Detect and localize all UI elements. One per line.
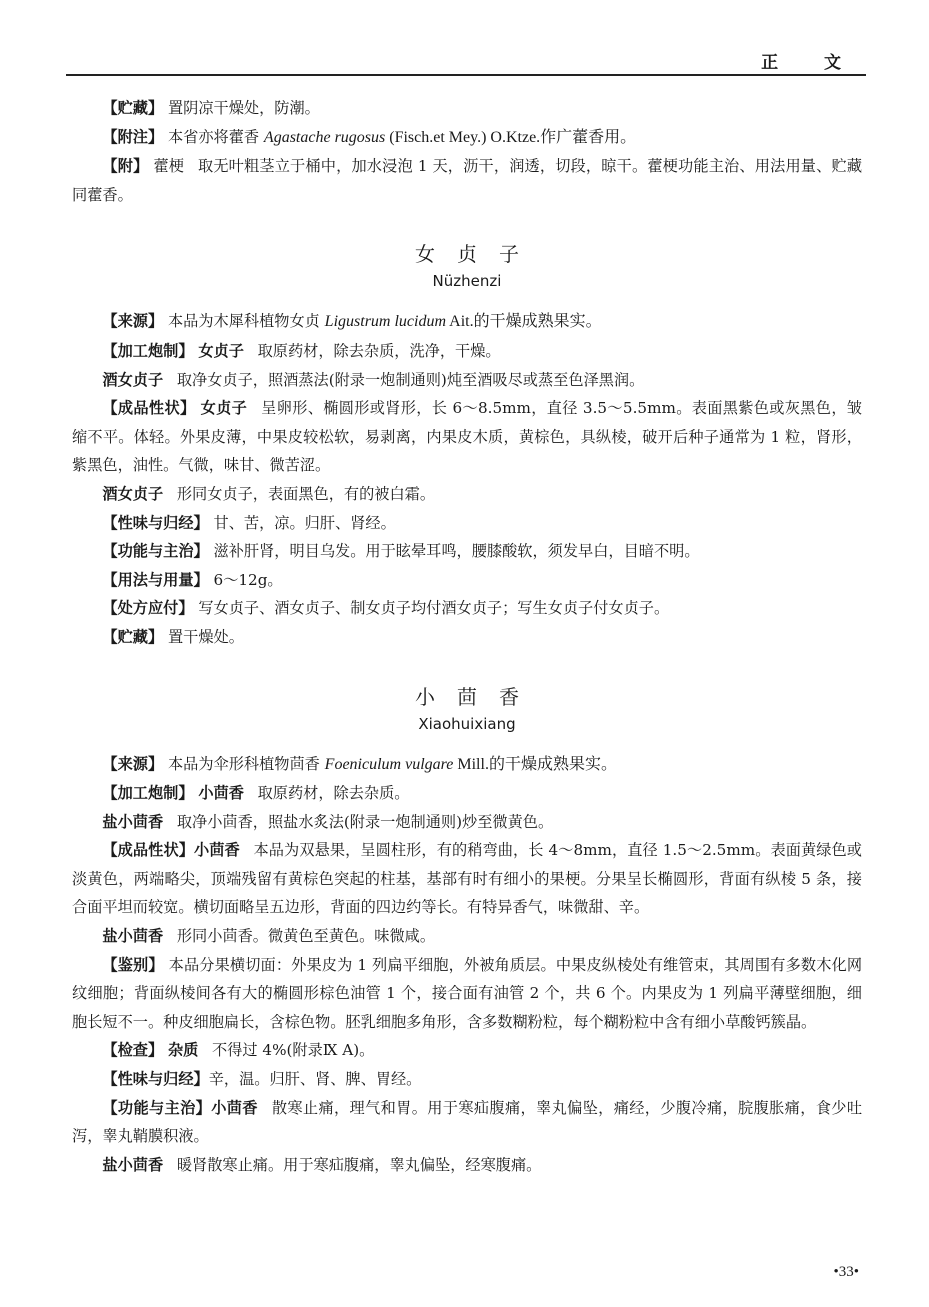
latin-name: Agastache rugosus bbox=[264, 129, 385, 146]
section-tag: 【功能与主治】 bbox=[102, 542, 208, 560]
monograph-title: 小茴香 bbox=[72, 682, 862, 712]
section-tag: 【功能与主治】 bbox=[102, 1099, 211, 1117]
description-paragraph: 【成品性状】小茴香本品为双悬果，呈圆柱形，有的稍弯曲，长 4～8mm，直径 1.… bbox=[72, 836, 862, 922]
page-number: •33• bbox=[833, 1264, 859, 1281]
processing-wine-paragraph: 酒女贞子取净女贞子，照酒蒸法(附录一炮制通则)炖至酒吸尽或蒸至色泽黑润。 bbox=[72, 366, 862, 395]
section-tag: 【加工炮制】 bbox=[102, 784, 193, 802]
subheading: 小茴香 bbox=[194, 841, 240, 859]
section-tag: 【鉴别】 bbox=[102, 956, 163, 974]
paragraph-text: 本品分果横切面：外果皮为 1 列扁平细胞，外被角质层。中果皮纵棱处有维管束，其周… bbox=[72, 956, 862, 1031]
description-salt-paragraph: 盐小茴香形同小茴香。微黄色至黄色。味微咸。 bbox=[72, 922, 862, 951]
section-tag: 【加工炮制】 bbox=[102, 342, 193, 360]
subheading: 小茴香 bbox=[211, 1099, 258, 1117]
identification-paragraph: 【鉴别】 本品分果横切面：外果皮为 1 列扁平细胞，外被角质层。中果皮纵棱处有维… bbox=[72, 951, 862, 1037]
paragraph-text: 6～12g。 bbox=[214, 571, 283, 589]
page-body: 【贮藏】 置阴凉干燥处，防潮。 【附注】 本省亦将藿香 Agastache ru… bbox=[72, 94, 862, 1179]
paragraph-text: 取原药材，除去杂质，洗净，干燥。 bbox=[258, 342, 501, 360]
section-tag: 【来源】 bbox=[102, 312, 163, 330]
processing-paragraph: 【加工炮制】 小茴香取原药材，除去杂质。 bbox=[72, 779, 862, 808]
processing-paragraph: 【加工炮制】 女贞子取原药材，除去杂质，洗净，干燥。 bbox=[72, 337, 862, 366]
section-tag: 【成品性状】 bbox=[102, 399, 195, 417]
paragraph-text: 本品为伞形科植物茴香 bbox=[168, 755, 325, 773]
storage-paragraph: 【贮藏】 置干燥处。 bbox=[72, 623, 862, 652]
subheading: 酒女贞子 bbox=[102, 371, 163, 389]
paragraph-text: 取原药材，除去杂质。 bbox=[258, 784, 410, 802]
source-paragraph: 【来源】 本品为伞形科植物茴香 Foeniculum vulgare Mill.… bbox=[72, 750, 862, 780]
section-tag: 【性味与归经】 bbox=[102, 1070, 208, 1088]
latin-name: Ligustrum lucidum bbox=[325, 313, 446, 330]
subheading: 酒女贞子 bbox=[102, 485, 163, 503]
subheading: 盐小茴香 bbox=[102, 813, 163, 831]
subheading: 杂质 bbox=[168, 1041, 198, 1059]
description-paragraph: 【成品性状】 女贞子呈卵形、椭圆形或肾形，长 6～8.5mm，直径 3.5～5.… bbox=[72, 394, 862, 480]
function-paragraph: 【功能与主治】 滋补肝肾，明目乌发。用于眩晕耳鸣，腰膝酸软，须发早白，目暗不明。 bbox=[72, 537, 862, 566]
monograph-title: 女贞子 bbox=[72, 239, 862, 269]
appendix-paragraph: 【附】 藿梗取无叶粗茎立于桶中，加水浸泡 1 天，沥干，润透，切段，晾干。藿梗功… bbox=[72, 152, 862, 209]
paragraph-text: 辛，温。归肝、肾、脾、胃经。 bbox=[209, 1070, 422, 1088]
section-tag: 【处方应付】 bbox=[102, 599, 193, 617]
subheading: 女贞子 bbox=[198, 342, 244, 360]
section-tag: 【附注】 bbox=[102, 128, 163, 146]
nature-paragraph: 【性味与归经】辛，温。归肝、肾、脾、胃经。 bbox=[72, 1065, 862, 1094]
paragraph-text: 取净小茴香，照盐水炙法(附录一炮制通则)炒至微黄色。 bbox=[177, 813, 553, 831]
function-salt-paragraph: 盐小茴香暖肾散寒止痛。用于寒疝腹痛，睾丸偏坠，经寒腹痛。 bbox=[72, 1151, 862, 1180]
running-header: 正 文 bbox=[761, 48, 861, 73]
paragraph-text: 写女贞子、酒女贞子、制女贞子均付酒女贞子；写生女贞子付女贞子。 bbox=[198, 599, 669, 617]
monograph-xiaohuixiang: 小茴香 Xiaohuixiang 【来源】 本品为伞形科植物茴香 Foenicu… bbox=[72, 682, 862, 1180]
paragraph-text: Mill.的干燥成熟果实。 bbox=[453, 756, 617, 773]
section-tag: 【成品性状】 bbox=[102, 841, 194, 859]
section-tag: 【检查】 bbox=[102, 1041, 163, 1059]
processing-salt-paragraph: 盐小茴香取净小茴香，照盐水炙法(附录一炮制通则)炒至微黄色。 bbox=[72, 808, 862, 837]
section-tag: 【贮藏】 bbox=[102, 99, 163, 117]
monograph-pinyin: Nüzhenzi bbox=[72, 269, 862, 293]
paragraph-text: 形同女贞子，表面黑色，有的被白霜。 bbox=[177, 485, 435, 503]
paragraph-text: 置干燥处。 bbox=[168, 628, 244, 646]
prescription-paragraph: 【处方应付】 写女贞子、酒女贞子、制女贞子均付酒女贞子；写生女贞子付女贞子。 bbox=[72, 594, 862, 623]
source-paragraph: 【来源】 本品为木犀科植物女贞 Ligustrum lucidum Ait.的干… bbox=[72, 307, 862, 337]
paragraph-text: Ait.的干燥成熟果实。 bbox=[446, 313, 602, 330]
latin-name: Foeniculum vulgare bbox=[325, 756, 454, 773]
note-paragraph: 【附注】 本省亦将藿香 Agastache rugosus (Fisch.et … bbox=[72, 123, 862, 153]
dosage-paragraph: 【用法与用量】 6～12g。 bbox=[72, 566, 862, 595]
paragraph-text: 取无叶粗茎立于桶中，加水浸泡 1 天，沥干，润透，切段，晾干。藿梗功能主治、用法… bbox=[72, 157, 862, 204]
storage-paragraph: 【贮藏】 置阴凉干燥处，防潮。 bbox=[72, 94, 862, 123]
paragraph-text: 置阴凉干燥处，防潮。 bbox=[168, 99, 320, 117]
paragraph-text: 滋补肝肾，明目乌发。用于眩晕耳鸣，腰膝酸软，须发早白，目暗不明。 bbox=[214, 542, 700, 560]
subheading: 藿梗 bbox=[153, 157, 184, 175]
subheading: 盐小茴香 bbox=[102, 1156, 163, 1174]
paragraph-text: 不得过 4%(附录Ⅸ A)。 bbox=[212, 1041, 374, 1059]
nature-paragraph: 【性味与归经】 甘、苦，凉。归肝、肾经。 bbox=[72, 509, 862, 538]
section-tag: 【性味与归经】 bbox=[102, 514, 208, 532]
inspection-paragraph: 【检查】 杂质不得过 4%(附录Ⅸ A)。 bbox=[72, 1036, 862, 1065]
section-tag: 【用法与用量】 bbox=[102, 571, 208, 589]
section-tag: 【贮藏】 bbox=[102, 628, 163, 646]
monograph-nuzhenzi: 女贞子 Nüzhenzi 【来源】 本品为木犀科植物女贞 Ligustrum l… bbox=[72, 239, 862, 651]
monograph-pinyin: Xiaohuixiang bbox=[72, 712, 862, 736]
paragraph-text: 形同小茴香。微黄色至黄色。味微咸。 bbox=[177, 927, 435, 945]
paragraph-text: 暖肾散寒止痛。用于寒疝腹痛，睾丸偏坠，经寒腹痛。 bbox=[177, 1156, 542, 1174]
section-tag: 【附】 bbox=[102, 157, 148, 175]
description-wine-paragraph: 酒女贞子形同女贞子，表面黑色，有的被白霜。 bbox=[72, 480, 862, 509]
header-divider bbox=[66, 74, 866, 76]
paragraph-text: (Fisch.et Mey.) O.Ktze.作广藿香用。 bbox=[385, 129, 636, 146]
function-paragraph: 【功能与主治】小茴香散寒止痛，理气和胃。用于寒疝腹痛，睾丸偏坠，痛经，少腹冷痛，… bbox=[72, 1094, 862, 1151]
subheading: 女贞子 bbox=[201, 399, 248, 417]
subheading: 盐小茴香 bbox=[102, 927, 163, 945]
subheading: 小茴香 bbox=[198, 784, 244, 802]
paragraph-text: 本省亦将藿香 bbox=[168, 128, 264, 146]
paragraph-text: 本品为木犀科植物女贞 bbox=[168, 312, 325, 330]
paragraph-text: 取净女贞子，照酒蒸法(附录一炮制通则)炖至酒吸尽或蒸至色泽黑润。 bbox=[177, 371, 644, 389]
paragraph-text: 甘、苦，凉。归肝、肾经。 bbox=[214, 514, 396, 532]
section-tag: 【来源】 bbox=[102, 755, 163, 773]
